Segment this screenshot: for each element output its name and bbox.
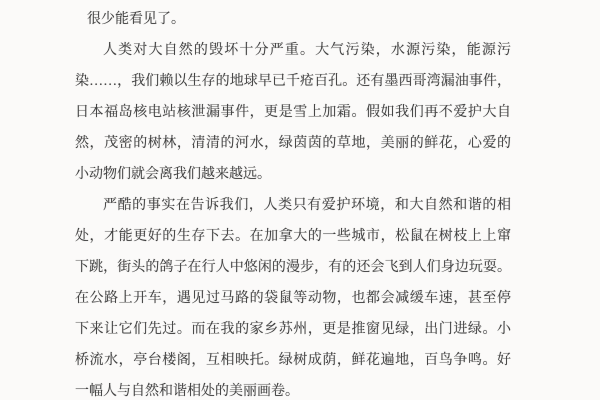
text-line: 处，才能更好的生存下去。在加拿大的一些城市，松鼠在树枝上上窜 bbox=[75, 221, 511, 252]
text-line: 很少能看见了。 bbox=[75, 4, 511, 35]
text-line: 在公路上开车，遇见过马路的袋鼠等动物，也都会减缓车速，甚至停 bbox=[75, 283, 511, 314]
essay-text: 很少能看见了。人类对大自然的毁坏十分严重。大气污染，水源污染，能源污染……，我们… bbox=[75, 4, 511, 400]
text-line: 染……，我们赖以生存的地球早已千疮百孔。还有墨西哥湾漏油事件， bbox=[75, 66, 511, 97]
text-line: 人类对大自然的毁坏十分严重。大气污染，水源污染，能源污 bbox=[75, 35, 511, 66]
text-line: 一幅人与自然和谐相处的美丽画卷。 bbox=[75, 376, 511, 400]
text-line: 桥流水，亭台楼阁，互相映托。绿树成荫，鲜花遍地，百鸟争鸣。好 bbox=[75, 345, 511, 376]
text-line: 严酷的事实在告诉我们，人类只有爱护环境，和大自然和谐的相 bbox=[75, 190, 511, 221]
text-line: 小动物们就会离我们越来越远。 bbox=[75, 159, 511, 190]
text-line: 然，茂密的树林，清清的河水，绿茵茵的草地，美丽的鲜花，心爱的 bbox=[75, 128, 511, 159]
text-line: 日本福岛核电站核泄漏事件，更是雪上加霜。假如我们再不爱护大自 bbox=[75, 97, 511, 128]
document-page: 很少能看见了。人类对大自然的毁坏十分严重。大气污染，水源污染，能源污染……，我们… bbox=[0, 0, 600, 400]
text-line: 下跳，街头的鸽子在行人中悠闲的漫步，有的还会飞到人们身边玩耍。 bbox=[75, 252, 511, 283]
text-line: 下来让它们先过。而在我的家乡苏州，更是推窗见绿，出门进绿。小 bbox=[75, 314, 511, 345]
